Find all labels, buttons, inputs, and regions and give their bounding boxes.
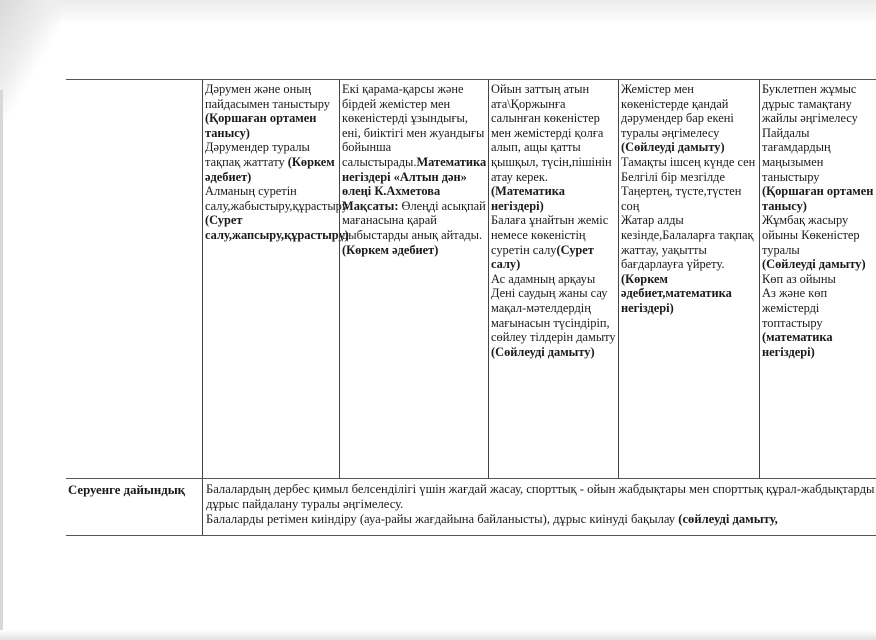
activity-text: Балаларды ретімен киіндіру (ауа-райы жағ… [206, 512, 678, 526]
activity-cell-5: Буклетпен жұмыс дұрыс тамақтану жайлы әң… [759, 80, 876, 478]
activity-text: Дәрумен және оның пайдасымен таныстыру [205, 82, 330, 111]
scan-shadow-left [0, 90, 3, 640]
subject-tag: (Сурет салу,жапсыру,құрастыру) [205, 213, 349, 242]
activity-text: Алманың суретін салу,жабыстыру,құрастыру [205, 184, 348, 213]
activity-text: Көп аз ойыны [762, 272, 836, 286]
subject-tag: (Қоршаған ортамен танысу) [762, 184, 873, 213]
subject-tag: (Сөйлеуді дамыту) [762, 257, 866, 271]
subject-tag: (математика негіздері) [762, 330, 833, 359]
subject-tag: (Көркем әдебиет,математика негіздері) [621, 272, 732, 315]
activity-text: Ас адамның арқауы Дені саудың жаны сау м… [491, 272, 616, 344]
subject-tag: (Қоршаған ортамен танысу) [205, 111, 316, 140]
activity-text: Жұмбақ жасыру ойыны Көкеністер туралы [762, 213, 860, 256]
activity-text: Балалардың дербес қимыл белсенділігі үші… [206, 482, 875, 511]
scan-page-fold [0, 0, 60, 120]
activity-cell-3: Ойын заттың атын ата\Қоржынға салынған к… [488, 80, 618, 478]
subject-tag: (Сөйлеуді дамыту) [491, 345, 595, 359]
activity-text: Белгілі бір мезгілде Таңертең, түсте,түс… [621, 170, 741, 213]
walk-prep-label: Серуенге дайындық [66, 479, 202, 535]
activity-cell-2: Екі қарама-қарсы және бірдей жемістер ме… [339, 80, 488, 478]
activity-cell-4: Жемістер мен көкеністерде қандай дәрумен… [618, 80, 759, 478]
activities-row: Дәрумен және оның пайдасымен таныстыру (… [66, 79, 876, 478]
subject-tag: (Математика негіздері) [491, 184, 565, 213]
lesson-plan-table: Дәрумен және оның пайдасымен таныстыру (… [66, 79, 876, 536]
walk-prep-row: Серуенге дайындық Балалардың дербес қимы… [66, 478, 876, 536]
scan-shadow-top [0, 0, 876, 24]
activity-text: Аз және көп жемістерді топтастыру [762, 286, 827, 329]
subject-tag: (Көркем әдебиет) [342, 243, 438, 257]
activity-text: Ойын заттың атын ата\Қоржынға салынған к… [491, 82, 612, 184]
row-label-cell-empty [66, 80, 202, 478]
activity-text: Буклетпен жұмыс дұрыс тамақтану жайлы әң… [762, 82, 858, 125]
walk-prep-text: Балалардың дербес қимыл белсенділігі үші… [202, 479, 876, 535]
activity-text: Пайдалы тағамдардың маңызымен таныстыру [762, 126, 831, 184]
subject-tag: (Сөйлеуді дамыту) [621, 140, 725, 154]
activity-text: Жемістер мен көкеністерде қандай дәрумен… [621, 82, 734, 140]
scan-shadow-bottom [0, 630, 876, 640]
activity-text: Жатар алды кезінде,Балаларға тақпақ жатт… [621, 213, 754, 271]
subject-tag: (сөйлеуді дамыту, [678, 512, 777, 526]
activity-text: Тамақты ішсең күнде сен [621, 155, 755, 169]
activity-cell-1: Дәрумен және оның пайдасымен таныстыру (… [202, 80, 339, 478]
